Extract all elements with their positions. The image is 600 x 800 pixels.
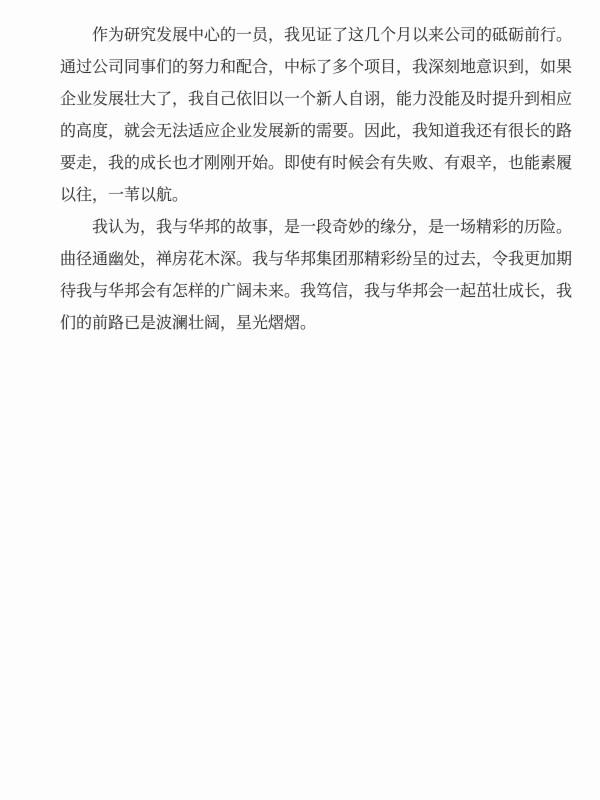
paragraph-1: 作为研究发展中心的一员，我见证了这几个月以来公司的砥砺前行。通过公司同事们的努力… xyxy=(60,20,572,212)
paragraph-2: 我认为，我与华邦的故事，是一段奇妙的缘分，是一场精彩的历险。曲径通幽处，禅房花木… xyxy=(60,212,572,340)
document-page: 作为研究发展中心的一员，我见证了这几个月以来公司的砥砺前行。通过公司同事们的努力… xyxy=(0,0,600,800)
